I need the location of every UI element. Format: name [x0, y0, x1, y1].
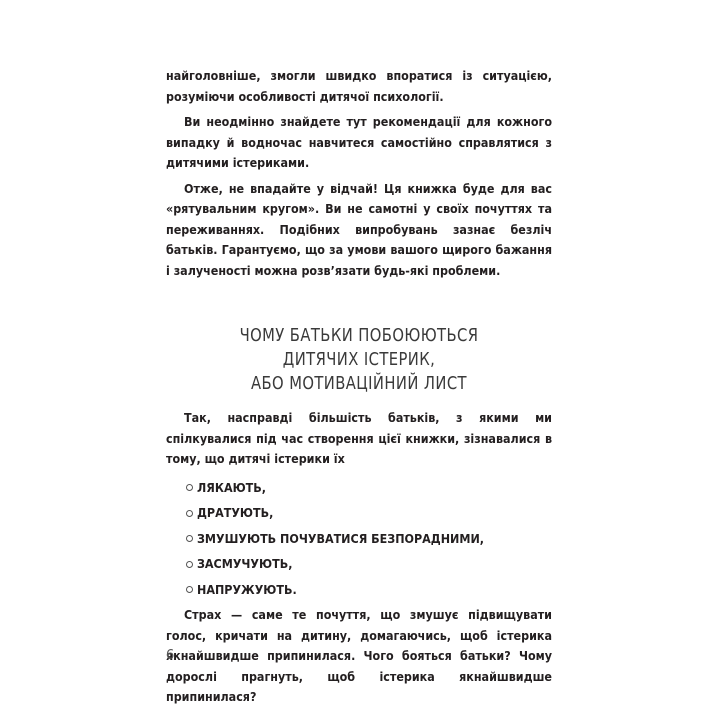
circle-bullet-icon: [186, 586, 193, 593]
heading-line: АБО МОТИВАЦІЙНИЙ ЛИСТ: [201, 372, 518, 396]
list-item: НАПРУЖУЮТЬ.: [186, 580, 552, 601]
intro-paragraph: Так, насправді більшість батьків, з яким…: [166, 408, 552, 470]
circle-bullet-icon: [186, 535, 193, 542]
list-item-text: ЗАСМУЧУЮТЬ,: [197, 554, 292, 575]
list-item: ЗМУШУЮТЬ ПОЧУВАТИСЯ БЕЗПОРАДНИМИ,: [186, 529, 552, 550]
heading-line: ДИТЯЧИХ ІСТЕРИК,: [201, 348, 518, 372]
list-item-text: НАПРУЖУЮТЬ.: [197, 580, 297, 601]
list-item-text: ЛЯКАЮТЬ,: [197, 478, 266, 499]
section-heading: ЧОМУ БАТЬКИ ПОБОЮЮТЬСЯ ДИТЯЧИХ ІСТЕРИК, …: [201, 324, 518, 396]
list-item: ДРАТУЮТЬ,: [186, 503, 552, 524]
paragraph: Ви неодмінно знайдете тут рекомендації д…: [166, 112, 552, 174]
page-number: 6: [166, 648, 174, 663]
list-item: ЗАСМУЧУЮТЬ,: [186, 554, 552, 575]
book-page: найголовніше, змогли швидко впоратися із…: [166, 66, 552, 708]
circle-bullet-icon: [186, 484, 193, 491]
list-item: ЛЯКАЮТЬ,: [186, 478, 552, 499]
paragraph: найголовніше, змогли швидко впоратися із…: [166, 66, 552, 107]
list-item-text: ДРАТУЮТЬ,: [197, 503, 273, 524]
heading-line: ЧОМУ БАТЬКИ ПОБОЮЮТЬСЯ: [201, 324, 518, 348]
circle-bullet-icon: [186, 561, 193, 568]
closing-paragraph: Страх — саме те почуття, що змушує підви…: [166, 605, 552, 708]
list-item-text: ЗМУШУЮТЬ ПОЧУВАТИСЯ БЕЗПОРАДНИМИ,: [197, 529, 484, 550]
paragraph: Отже, не впадайте у відчай! Ця книжка бу…: [166, 179, 552, 282]
circle-bullet-icon: [186, 510, 193, 517]
feelings-list: ЛЯКАЮТЬ, ДРАТУЮТЬ, ЗМУШУЮТЬ ПОЧУВАТИСЯ Б…: [166, 478, 552, 601]
